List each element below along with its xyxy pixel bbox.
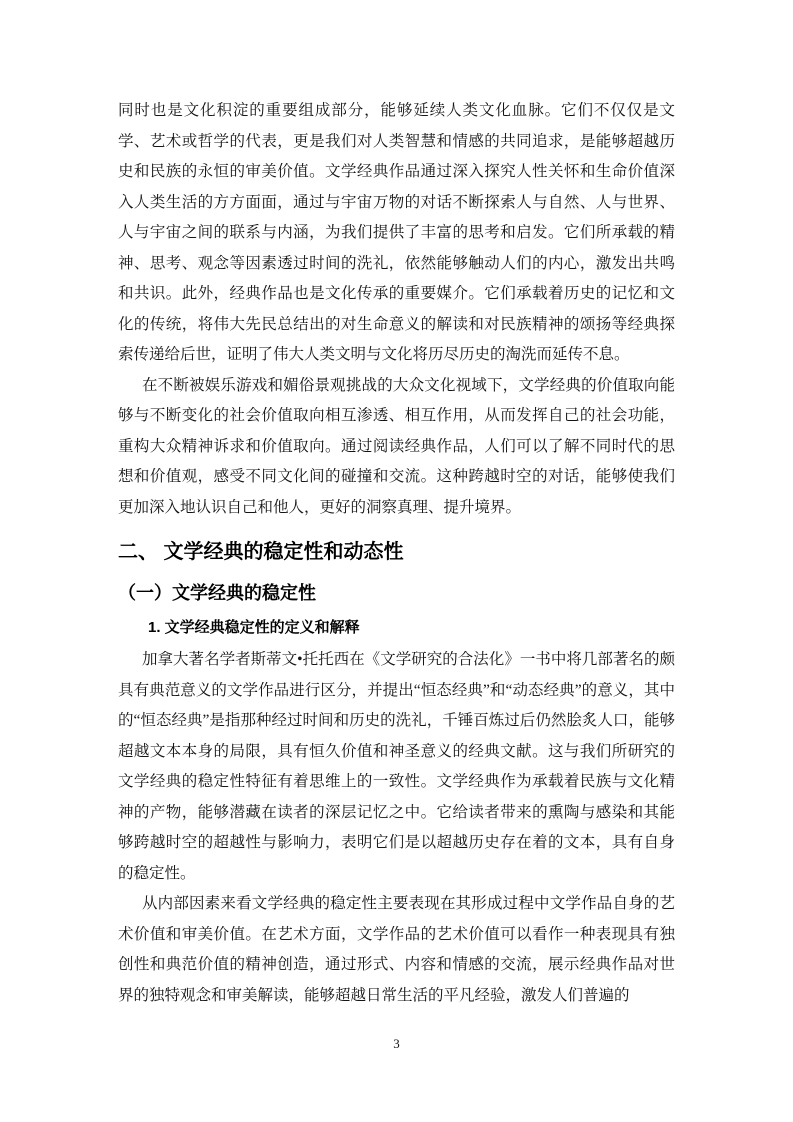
document-page: 同时也是文化积淀的重要组成部分，能够延续人类文化血脉。它们不仅仅是文学、艺术或哲…	[0, 0, 793, 1122]
document-body: 同时也是文化积淀的重要组成部分，能够延续人类文化血脉。它们不仅仅是文学、艺术或哲…	[118, 96, 675, 1011]
point-heading-1: 1. 文学经典稳定性的定义和解释	[118, 617, 675, 639]
section-heading-2: 二、 文学经典的稳定性和动态性	[118, 538, 675, 566]
page-number: 3	[0, 1036, 793, 1052]
paragraph-mass-culture: 在不断被娱乐游戏和媚俗景观挑战的大众文化视域下，文学经典的价值取向能够与不断变化…	[118, 371, 675, 524]
paragraph-totosy-definition: 加拿大著名学者斯蒂文•托托西在《文学研究的合法化》一书中将几部著名的颇具有典范意…	[118, 645, 675, 889]
continuation-paragraph: 同时也是文化积淀的重要组成部分，能够延续人类文化血脉。它们不仅仅是文学、艺术或哲…	[118, 96, 675, 371]
subsection-heading-1: （一）文学经典的稳定性	[118, 580, 675, 606]
paragraph-internal-factors: 从内部因素来看文学经典的稳定性主要表现在其形成过程中文学作品自身的艺术价值和审美…	[118, 889, 675, 1011]
